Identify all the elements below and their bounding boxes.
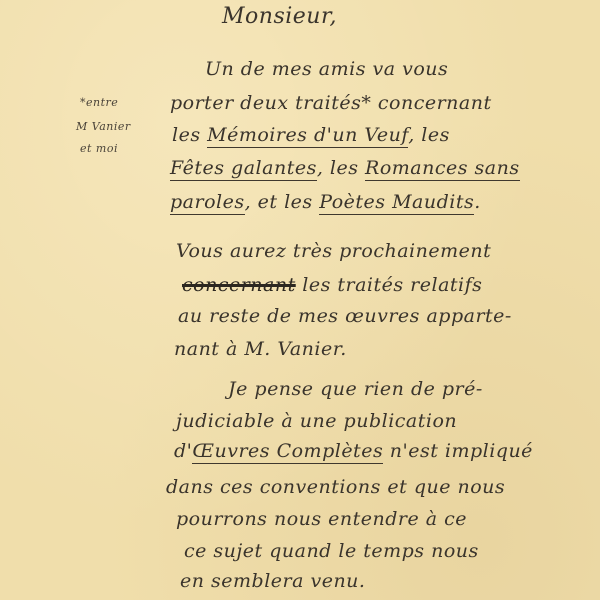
text-line: au reste de mes œuvres apparte- — [178, 305, 512, 327]
margin-note-line: *entre — [80, 90, 118, 116]
book-title-oeuvres-completes: Œuvres Complètes — [192, 440, 383, 464]
text-line: paroles, et les Poètes Maudits. — [170, 191, 481, 213]
book-title-fetes-galantes: Fêtes galantes — [170, 157, 317, 181]
text-segment: en semblera venu. — [180, 570, 365, 592]
text-segment: Vous aurez très prochainement — [176, 240, 491, 262]
margin-note-line: et moi — [80, 136, 118, 162]
text-segment: porter deux traités* concernant — [170, 92, 492, 114]
text-segment: au reste de mes œuvres apparte- — [178, 305, 512, 327]
text-segment: dans ces conventions et que nous — [166, 476, 505, 498]
text-segment: Un de mes amis va vous — [205, 58, 448, 80]
text-line: Vous aurez très prochainement — [176, 240, 491, 262]
text-line: en semblera venu. — [180, 570, 365, 592]
text-segment: , les — [317, 157, 365, 179]
text-segment: d' — [174, 440, 192, 462]
text-segment: Je pense que rien de pré- — [228, 378, 483, 400]
text-line: d'Œuvres Complètes n'est impliqué — [174, 440, 533, 462]
text-segment: les — [172, 124, 207, 146]
text-segment: . — [474, 191, 481, 213]
struck-out-word: concernant — [182, 274, 296, 296]
text-segment: , et les — [245, 191, 320, 213]
text-line: judiciable à une publication — [176, 410, 457, 432]
book-title-poetes-maudits: Poètes Maudits — [319, 191, 474, 215]
salutation: Monsieur, — [222, 4, 337, 29]
text-segment: n'est impliqué — [383, 440, 533, 462]
text-line: ce sujet quand le temps nous — [184, 540, 479, 562]
book-title-romances: Romances sans — [365, 157, 520, 181]
text-segment: ce sujet quand le temps nous — [184, 540, 479, 562]
text-line: Fêtes galantes, les Romances sans — [170, 157, 520, 179]
text-line: les Mémoires d'un Veuf, les — [172, 124, 450, 146]
text-segment: nant à M. Vanier. — [174, 338, 347, 360]
book-title-romances-cont: paroles — [170, 191, 245, 215]
text-segment: les traités relatifs — [296, 274, 483, 296]
text-line: porter deux traités* concernant — [170, 92, 492, 114]
text-line: pourrons nous entendre à ce — [176, 508, 467, 530]
text-segment: pourrons nous entendre à ce — [176, 508, 467, 530]
text-line: Un de mes amis va vous — [205, 58, 448, 80]
text-line: Je pense que rien de pré- — [228, 378, 483, 400]
text-line: dans ces conventions et que nous — [166, 476, 505, 498]
book-title-memoires: Mémoires d'un Veuf — [207, 124, 408, 148]
text-line: concernant les traités relatifs — [182, 274, 482, 296]
text-line: nant à M. Vanier. — [174, 338, 347, 360]
text-segment: , les — [408, 124, 450, 146]
text-segment: judiciable à une publication — [176, 410, 457, 432]
